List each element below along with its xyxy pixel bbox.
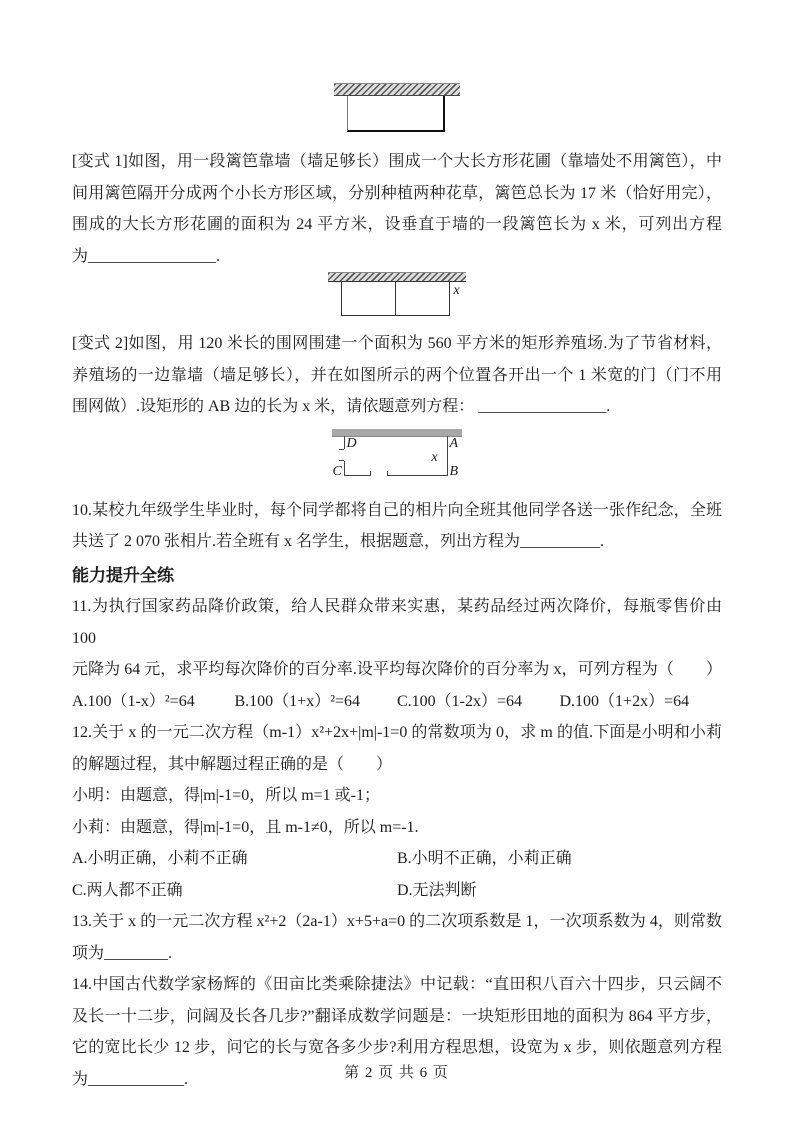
option-d: D.无法判断 bbox=[397, 875, 722, 907]
variant2-paragraph: [变式 2]如图，用 120 米长的围网围建一个面积为 560 平方米的矩形养殖… bbox=[72, 328, 722, 423]
question-12-line: 的解题过程，其中解题过程正确的是（ ） bbox=[72, 749, 722, 781]
wall-hatch-2 bbox=[328, 272, 466, 282]
question-10: 10.某校九年级学生毕业时，每个同学都将自己的相片向全班其他同学各送一张作纪念，… bbox=[72, 495, 722, 558]
variant1-line: 围成的大长方形花圃的面积为 24 平方米，设垂直于墙的一段篱笆长为 x 米，可列… bbox=[72, 209, 722, 241]
bottom-door-tick bbox=[387, 471, 388, 476]
option-c: C.100（1-2x）=64 bbox=[397, 686, 560, 718]
question-11-options: A.100（1-x）²=64 B.100（1+x）²=64 C.100（1-2x… bbox=[72, 686, 722, 718]
section-heading: 能力提升全练 bbox=[72, 560, 722, 592]
question-10-line: 10.某校九年级学生毕业时，每个同学都将自己的相片向全班其他同学各送一张作纪念，… bbox=[72, 495, 722, 527]
wall-hatch-1 bbox=[334, 83, 460, 96]
corner-label-C: C bbox=[333, 465, 342, 478]
bottom-door-tick bbox=[370, 471, 371, 476]
variant1-blank-line: 为________________. bbox=[72, 241, 722, 273]
question-14-line: 14.中国古代数学家杨辉的《田亩比类乘除捷法》中记载：“直田积八百六十四步，只云… bbox=[72, 969, 722, 1001]
content-column: 10.某校九年级学生毕业时，每个同学都将自己的相片向全班其他同学各送一张作纪念，… bbox=[0, 495, 793, 1096]
pen-right-edge bbox=[447, 436, 448, 475]
pen-left-edge-lower bbox=[344, 461, 345, 475]
fence-diagram-2: x bbox=[328, 272, 466, 316]
question-12-options: A.小明正确，小莉不正确 B.小明不正确，小莉正确 C.两人都不正确 D.无法判… bbox=[72, 843, 722, 906]
content-column: [变式 1]如图，用一段篱笆靠墙（墙足够长）围成一个大长方形花圃（靠墙处不用篱笆… bbox=[0, 146, 793, 272]
question-11: 11.为执行国家药品降价政策，给人民群众带来实惠，某药品经过两次降价，每瓶零售价… bbox=[72, 591, 722, 717]
corner-label-B: B bbox=[450, 465, 459, 478]
worksheet-page: [变式 1]如图，用一段篱笆靠墙（墙足够长）围成一个大长方形花圃（靠墙处不用篱笆… bbox=[0, 0, 793, 1122]
variant2-line: 养殖场的一边靠墙（墙足够长），并在如图所示的两个位置各开出一个 1 米宽的门（门… bbox=[72, 360, 722, 392]
pen-bottom-edge-right bbox=[388, 475, 448, 476]
x-length-label: x bbox=[454, 284, 460, 298]
question-10-blank-line: 共送了 2 070 张相片.若全班有 x 名学生，根据题意，列出方程为_____… bbox=[72, 526, 722, 558]
variant1-paragraph: [变式 1]如图，用一段篱笆靠墙（墙足够长）围成一个大长方形花圃（靠墙处不用篱笆… bbox=[72, 146, 722, 272]
option-a: A.100（1-x）²=64 bbox=[72, 686, 235, 718]
option-d: D.100（1+2x）=64 bbox=[560, 686, 723, 718]
question-14-line: 及长一十二步，问阔及长各几步?”翻译成数学问题是：一块矩形田地的面积为 864 … bbox=[72, 1001, 722, 1033]
question-11-line: 元降为 64 元，求平均每次降价的百分率.设平均每次降价的百分率为 x，可列方程… bbox=[72, 654, 722, 686]
question-13: 13.关于 x 的一元二次方程 x²+2（2a-1）x+5+a=0 的二次项系数… bbox=[72, 906, 722, 969]
xiaoli-statement: 小莉：由题意，得|m|-1=0，且 m-1≠0，所以 m=-1. bbox=[72, 812, 722, 844]
corner-label-A: A bbox=[450, 437, 459, 450]
pen-left-edge-upper bbox=[344, 436, 345, 449]
corner-label-D: D bbox=[347, 437, 357, 450]
option-b: B.100（1+x）²=64 bbox=[235, 686, 398, 718]
variant1-line: [变式 1]如图，用一段篱笆靠墙（墙足够长）围成一个大长方形花圃（靠墙处不用篱笆… bbox=[72, 146, 722, 178]
variant1-line: 间用篱笆隔开分成两个小长方形区域，分别种植两种花草，篱笆总长为 17 米（恰好用… bbox=[72, 178, 722, 210]
content-column: [变式 2]如图，用 120 米长的围网围建一个面积为 560 平方米的矩形养殖… bbox=[0, 328, 793, 423]
pen-bottom-edge-left bbox=[344, 475, 370, 476]
page-number-footer: 第 2 页 共 6 页 bbox=[0, 1061, 793, 1082]
question-13-blank-line: 项为________. bbox=[72, 938, 722, 970]
x-side-label: x bbox=[432, 451, 438, 464]
question-11-line: 11.为执行国家药品降价政策，给人民群众带来实惠，某药品经过两次降价，每瓶零售价… bbox=[72, 591, 722, 654]
pen-outline-1 bbox=[347, 96, 445, 132]
question-13-line: 13.关于 x 的一元二次方程 x²+2（2a-1）x+5+a=0 的二次项系数… bbox=[72, 906, 722, 938]
left-door-tick bbox=[339, 449, 344, 450]
pen-with-doors-diagram: D A C B x bbox=[332, 429, 462, 483]
option-a: A.小明正确，小莉不正确 bbox=[72, 843, 397, 875]
pen-divider bbox=[395, 282, 396, 315]
variant2-line: [变式 2]如图，用 120 米长的围网围建一个面积为 560 平方米的矩形养殖… bbox=[72, 328, 722, 360]
option-b: B.小明不正确，小莉正确 bbox=[397, 843, 722, 875]
fence-diagram-1 bbox=[334, 83, 460, 132]
question-14-line: 它的宽比长少 12 步，问它的长与宽各多少步?利用方程思想，设宽为 x 步，则依… bbox=[72, 1032, 722, 1064]
pen-outline-2 bbox=[341, 282, 450, 316]
option-c: C.两人都不正确 bbox=[72, 875, 397, 907]
question-12-line: 12.关于 x 的一元二次方程（m-1）x²+2x+|m|-1=0 的常数项为 … bbox=[72, 717, 722, 749]
xiaoming-statement: 小明：由题意，得|m|-1=0，所以 m=1 或-1； bbox=[72, 780, 722, 812]
left-door-tick bbox=[339, 460, 344, 461]
variant2-blank-line: 围网做）.设矩形的 AB 边的长为 x 米，请依题意列方程： _________… bbox=[72, 391, 722, 423]
question-12: 12.关于 x 的一元二次方程（m-1）x²+2x+|m|-1=0 的常数项为 … bbox=[72, 717, 722, 906]
